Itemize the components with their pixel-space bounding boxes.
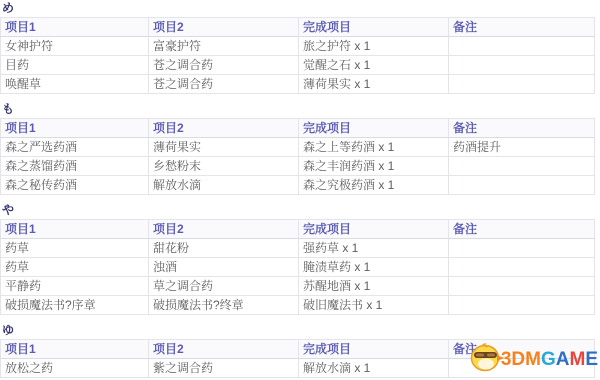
column-header: 备注 (449, 18, 595, 37)
table-cell: 破损魔法书?序章 (1, 296, 149, 315)
table-cell: 草之调合药 (149, 277, 299, 296)
table-cell: 森之上等药酒 x 1 (299, 138, 449, 157)
table-cell: 平静药 (1, 277, 149, 296)
table-cell: 乡愁粉末 (149, 157, 299, 176)
table-cell: 苍之调合药 (149, 75, 299, 94)
craft-table: 项目1 项目2 完成项目 备注 药草 甜花粉 强药草 x 1 药草 浊酒 腌渍草… (0, 219, 595, 315)
logo-letter-a: A (556, 349, 570, 370)
column-header: 项目2 (149, 18, 299, 37)
table-cell: 强药草 x 1 (299, 239, 449, 258)
table-cell: 旅之护符 x 1 (299, 37, 449, 56)
table-row: 森之秘传药酒 解放水滴 森之究极药酒 x 1 (1, 176, 595, 195)
table-cell: 苍之调合药 (149, 56, 299, 75)
column-header: 项目1 (1, 220, 149, 239)
table-row: 森之蒸馏药酒 乡愁粉末 森之丰润药酒 x 1 (1, 157, 595, 176)
logo-letter-g: G (541, 349, 556, 370)
table-cell: 破旧魔法书 x 1 (299, 296, 449, 315)
table-cell: 森之丰润药酒 x 1 (299, 157, 449, 176)
column-header: 备注 (449, 119, 595, 138)
section-me: め 项目1 项目2 完成项目 备注 女神护符 富豪护符 旅之护符 x 1 (0, 2, 600, 94)
column-header: 备注 (449, 220, 595, 239)
column-header: 项目1 (1, 119, 149, 138)
section-label: ゆ (2, 324, 600, 337)
table-cell: 苏醒地酒 x 1 (299, 277, 449, 296)
table-cell: 放松之药 (1, 359, 149, 378)
craft-table: 项目1 项目2 完成项目 备注 森之严选药酒 薄荷果实 森之上等药酒 x 1 药… (0, 118, 595, 195)
section-label: も (2, 103, 600, 116)
table-cell: 解放水滴 x 1 (299, 359, 449, 378)
table-cell: 破损魔法书?终章 (149, 296, 299, 315)
column-header: 完成项目 (299, 340, 449, 359)
section-label: や (2, 204, 600, 217)
table-cell: 目药 (1, 56, 149, 75)
table-cell: 甜花粉 (149, 239, 299, 258)
table-cell (449, 56, 595, 75)
table-cell (449, 258, 595, 277)
table-cell: 森之究极药酒 x 1 (299, 176, 449, 195)
header-row: 项目1 项目2 完成项目 备注 (1, 18, 595, 37)
logo-letter-e: E (585, 349, 598, 370)
table-row: 药草 甜花粉 强药草 x 1 (1, 239, 595, 258)
column-header: 项目2 (149, 220, 299, 239)
logo-3dm: 3DM (501, 349, 541, 370)
table-cell: 紫之调合药 (149, 359, 299, 378)
table-row: 药草 浊酒 腌渍草药 x 1 (1, 258, 595, 277)
table-cell (449, 239, 595, 258)
table-cell (449, 277, 595, 296)
table-cell (449, 296, 595, 315)
table-row: 目药 苍之调合药 觉醒之石 x 1 (1, 56, 595, 75)
column-header: 项目1 (1, 18, 149, 37)
table-row: 森之严选药酒 薄荷果实 森之上等药酒 x 1 药酒提升 (1, 138, 595, 157)
column-header: 完成项目 (299, 119, 449, 138)
table-row: 平静药 草之调合药 苏醒地酒 x 1 (1, 277, 595, 296)
column-header: 完成项目 (299, 18, 449, 37)
table-cell: 唤醒草 (1, 75, 149, 94)
table-row: 女神护符 富豪护符 旅之护符 x 1 (1, 37, 595, 56)
guide-page: め 项目1 项目2 完成项目 备注 女神护符 富豪护符 旅之护符 x 1 (0, 0, 600, 378)
table-cell: 森之蒸馏药酒 (1, 157, 149, 176)
craft-table: 项目1 项目2 完成项目 备注 女神护符 富豪护符 旅之护符 x 1 目药 苍之… (0, 17, 595, 94)
logo-text: 3DMGAME (501, 350, 598, 370)
table-cell: 薄荷果实 x 1 (299, 75, 449, 94)
watermark-3dmgame: 3DMGAME (469, 342, 598, 377)
header-row: 项目1 项目2 完成项目 备注 (1, 220, 595, 239)
column-header: 项目2 (149, 340, 299, 359)
table-row: 破损魔法书?序章 破损魔法书?终章 破旧魔法书 x 1 (1, 296, 595, 315)
section-mo: も 项目1 项目2 完成项目 备注 森之严选药酒 薄荷果实 森之上等药酒 x 1… (0, 103, 600, 195)
chick-mascot-icon (469, 342, 505, 377)
table-cell: 解放水滴 (149, 176, 299, 195)
table-cell (449, 37, 595, 56)
header-row: 项目1 项目2 完成项目 备注 (1, 119, 595, 138)
table-cell: 女神护符 (1, 37, 149, 56)
column-header: 项目1 (1, 340, 149, 359)
table-cell (449, 176, 595, 195)
column-header: 完成项目 (299, 220, 449, 239)
table-cell: 富豪护符 (149, 37, 299, 56)
logo-letter-m: M (569, 349, 585, 370)
table-cell (449, 75, 595, 94)
table-cell: 药草 (1, 258, 149, 277)
table-cell: 腌渍草药 x 1 (299, 258, 449, 277)
table-cell: 森之秘传药酒 (1, 176, 149, 195)
table-cell: 浊酒 (149, 258, 299, 277)
table-cell: 森之严选药酒 (1, 138, 149, 157)
table-cell: 薄荷果实 (149, 138, 299, 157)
section-label: め (2, 2, 600, 15)
section-ya: や 项目1 项目2 完成项目 备注 药草 甜花粉 强药草 x 1 (0, 204, 600, 315)
column-header: 项目2 (149, 119, 299, 138)
table-cell: 觉醒之石 x 1 (299, 56, 449, 75)
table-cell: 药草 (1, 239, 149, 258)
table-cell (449, 157, 595, 176)
table-cell: 药酒提升 (449, 138, 595, 157)
table-row: 唤醒草 苍之调合药 薄荷果实 x 1 (1, 75, 595, 94)
